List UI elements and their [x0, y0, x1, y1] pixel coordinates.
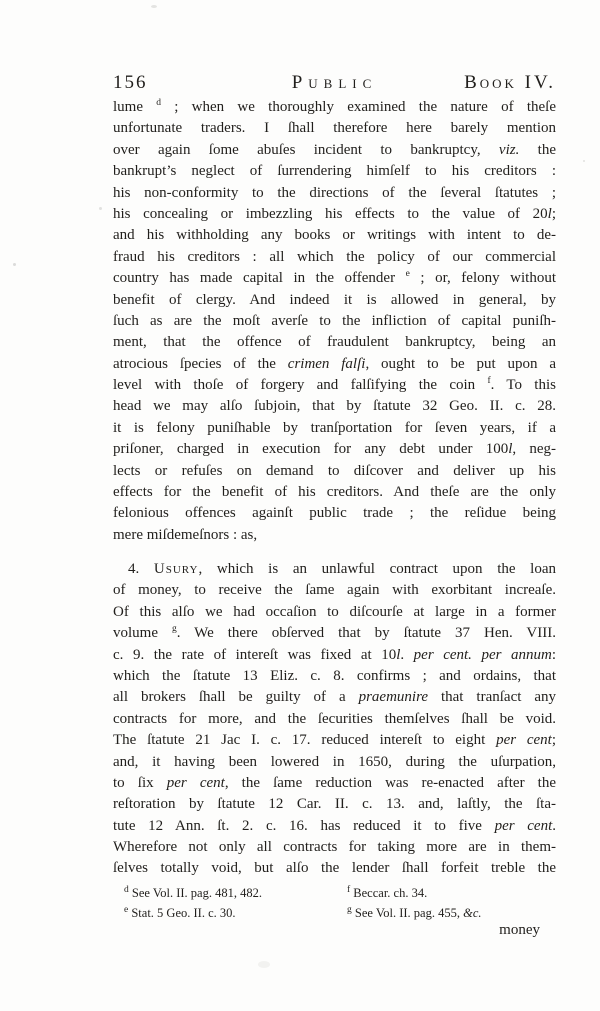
- text-line: to ſix per cent, the ſame reduction was …: [113, 773, 556, 794]
- text-line: Of this alſo we had occaſion to diſcourſ…: [113, 602, 556, 623]
- scan-speck: [99, 207, 102, 210]
- text-line: ſuch as are the moſt averſe to the infli…: [113, 311, 556, 332]
- text-line: which the ſtatute 13 Eliz. c. 8. confirm…: [113, 666, 556, 687]
- body-paragraph-bankruptcy: lume d ; when we thoroughly examined the…: [113, 97, 556, 546]
- text-line: over again ſome abuſes incident to bankr…: [113, 140, 556, 161]
- text-line: reſtoration by ſtatute 12 Car. II. c. 13…: [113, 794, 556, 815]
- text-line: it is felony puniſhable by tranſportatio…: [113, 418, 556, 439]
- text-line: atrocious ſpecies of the crimen falſi, o…: [113, 354, 556, 375]
- text-line: his concealing or imbezzling his effects…: [113, 204, 556, 225]
- text-line: The ſtatute 21 Jac I. c. 17. reduced int…: [113, 730, 556, 751]
- text-line: ment, that the offence of fraudulent ban…: [113, 332, 556, 353]
- book-page-scan: 156 Public Book IV. lume d ; when we tho…: [0, 0, 600, 1011]
- catchword: money: [499, 922, 540, 939]
- text-line: level with thoſe of forgery and falſifyi…: [113, 375, 556, 396]
- footnote-row: e Stat. 5 Geo. II. c. 30. g See Vol. II.…: [124, 904, 556, 924]
- running-title: Public: [292, 72, 378, 94]
- text-line: 4. Usury, which is an unlawful contract …: [113, 559, 556, 580]
- footnote-entry-e: e Stat. 5 Geo. II. c. 30.: [124, 904, 347, 924]
- text-line: lume d ; when we thoroughly examined the…: [113, 97, 556, 118]
- text-line: head we may alſo ſubjoin, that by ſtatut…: [113, 396, 556, 417]
- book-label: Book IV.: [464, 72, 556, 94]
- text-line: volume g. We there obſerved that by ſtat…: [113, 623, 556, 644]
- body-paragraph-usury: 4. Usury, which is an unlawful contract …: [113, 559, 556, 880]
- text-line: lects or refuſes on demand to diſcover a…: [113, 461, 556, 482]
- text-line: bankrupt’s neglect of ſurrendering himſe…: [113, 161, 556, 182]
- text-line: contracts for more, and the ſecurities t…: [113, 709, 556, 730]
- text-line: ſelves totally void, but alſo the lender…: [113, 858, 556, 879]
- text-line: all brokers ſhall be guilty of a praemun…: [113, 687, 556, 708]
- scan-speck: [151, 5, 157, 8]
- scan-speck: [583, 160, 585, 162]
- text-line: tute 12 Ann. ſt. 2. c. 16. has reduced i…: [113, 816, 556, 837]
- footnote-entry-d: d See Vol. II. pag. 481, 482.: [124, 884, 347, 904]
- text-line: mere miſdemeſnors : as,: [113, 525, 556, 546]
- page-number: 156: [113, 72, 148, 94]
- text-line: effects for the benefit of his creditors…: [113, 482, 556, 503]
- running-header: 156 Public Book IV.: [113, 72, 556, 94]
- text-line: felonious offences againſt public trade …: [113, 503, 556, 524]
- text-line: Wherefore not only all contracts for tak…: [113, 837, 556, 858]
- text-line: priſoner, charged in execution for any d…: [113, 439, 556, 460]
- text-line: benefit of clergy. And indeed it is allo…: [113, 290, 556, 311]
- footnote-entry-g: g See Vol. II. pag. 455, &c.: [347, 904, 556, 924]
- text-line: c. 9. the rate of intereſt was fixed at …: [113, 645, 556, 666]
- text-line: country has made capital in the offender…: [113, 268, 556, 289]
- text-line: and his withholding any books or writing…: [113, 225, 556, 246]
- footnotes-block: d See Vol. II. pag. 481, 482. f Beccar. …: [124, 884, 556, 923]
- scan-speck: [13, 263, 16, 266]
- text-line: of money, to receive the ſame again with…: [113, 580, 556, 601]
- text-line: fraud his creditors : all which the poli…: [113, 247, 556, 268]
- text-line: unfortunate traders. I ſhall therefore h…: [113, 118, 556, 139]
- footnote-row: d See Vol. II. pag. 481, 482. f Beccar. …: [124, 884, 556, 904]
- text-line: his non-conformity to the directions of …: [113, 183, 556, 204]
- text-line: and, it having been lowered in 1650, dur…: [113, 752, 556, 773]
- footnote-entry-f: f Beccar. ch. 34.: [347, 884, 556, 904]
- scan-speck: [258, 961, 270, 968]
